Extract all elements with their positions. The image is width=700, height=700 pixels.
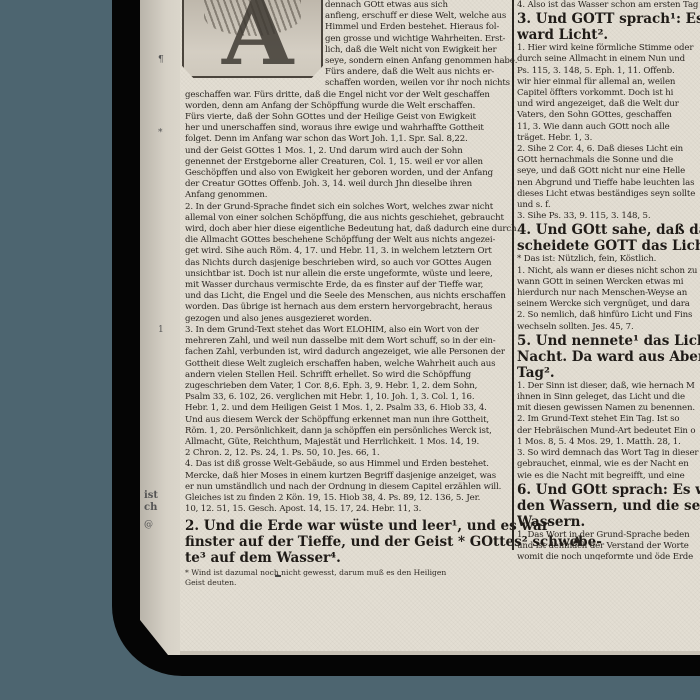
stray-mark [275, 575, 281, 577]
text-line: Fürs andere, daß die Welt aus nichts er- [325, 67, 510, 78]
text-line: unsichtbar ist. Doch ist nur allein die … [185, 269, 510, 280]
verse-line: ward Licht². [517, 27, 700, 43]
verse-line: den Wassern, und die sey ein [517, 498, 700, 514]
text-line: zugeschrieben dem Vater, 1 Cor. 8,6. Eph… [185, 381, 510, 392]
text-line: schaffen worden, weilen vor ihr noch nic… [325, 78, 510, 89]
text-line: 3. In dem Grund-Text stehet das Wort ELO… [185, 325, 510, 336]
text-line: Und aus diesem Werck der Schöpffung erke… [185, 415, 510, 426]
text-line: 2. In der Grund-Sprache findet sich ein … [185, 202, 510, 213]
text-line: 2. So nemlich, daß hinfüro Licht und Fin… [517, 310, 700, 321]
text-line: Anfang genommen. [185, 190, 510, 201]
text-line: und der Geist GOttes 1 Mos. 1, 2. Und da… [185, 146, 510, 157]
text-line: 2. Im Grund-Text stehet Ein Tag. Ist so [517, 414, 700, 425]
text-line: 11, 3. Wie dann auch GOtt noch alle [517, 122, 700, 133]
text-line: Ps. 115, 3. 148, 5. Eph. 1, 11. Offenb. [517, 66, 700, 77]
verse-line: 4. Und GOtt sahe, daß das [517, 222, 700, 238]
text-line: Fürs vierte, daß der Sohn GOttes und der… [185, 112, 510, 123]
right-column-text: 4. Also ist das Wasser schon am ersten T… [517, 0, 700, 560]
text-line: die Allmacht GOttes beschehene Schöpffun… [185, 235, 510, 246]
verse-2: 2. Und die Erde war wüste und leer¹, und… [185, 518, 510, 566]
text-line: Röm. 1, 20. Persönlichkeit, dann ja schö… [185, 426, 510, 437]
text-line: 10, 12. 51, 15. Gesch. Apost. 14, 15. 17… [185, 504, 510, 515]
text-line: mehreren Zahl, und weil nun dasselbe mit… [185, 336, 510, 347]
text-line: 4. Das ist diß grosse Welt-Gebäude, so a… [185, 459, 510, 470]
text-line: träget. Hebr. 1, 3. [517, 133, 700, 144]
text-line: Hebr. 1, 2. und dem Heiligen Geist 1 Mos… [185, 403, 510, 414]
text-line: Geschöpffen und also von Ewigkeit her ge… [185, 168, 510, 179]
text-line: gen grosse und wichtige Wahrheiten. Erst… [325, 34, 510, 45]
text-line: wann GOtt in seinen Wercken etwas mi [517, 277, 700, 288]
text-line: mit diesen gewissen Namen zu benennen. [517, 403, 700, 414]
side-mark: ch [144, 502, 157, 513]
text-line: wir hier einmal für allemal an, weilen [517, 77, 700, 88]
side-mark: @ [144, 520, 153, 530]
commentary-text: geschaffen war. Fürs dritte, daß die Eng… [185, 90, 510, 516]
text-line: 1. Das Wort in der Grund-Sprache beden [517, 530, 700, 541]
text-line: dennach GOtt etwas aus sich [325, 0, 510, 11]
side-mark: * [158, 128, 163, 138]
text-line: seinem Wercke sich vergnüget, und dara [517, 299, 700, 310]
text-line: get wird. Sihe auch Röm. 4, 17. und Hebr… [185, 246, 510, 257]
text-line: dieses Licht etwas beständiges seyn soll… [517, 189, 700, 200]
verse-line: te³ auf dem Wasser⁴. [185, 550, 510, 566]
text-line: Himmel und Erden bestehet. Hieraus fol- [325, 22, 510, 33]
text-line: und ist demnach der Verstand der Worte [517, 541, 700, 552]
verse-line: Tag². [517, 365, 700, 381]
text-line: das Nichts durch dasjenige beschrieben w… [185, 258, 510, 269]
text-line: nen Abgrund und Tieffe habe leuchten las [517, 178, 700, 189]
text-line: 3. Sihe Ps. 33, 9. 115, 3. 148, 5. [517, 211, 700, 222]
text-line: wie es die Nacht mit begreifft, und eine [517, 471, 700, 482]
text-line: Allmacht, Güte, Reichthum, Majestät und … [185, 437, 510, 448]
text-line: ihnen in Sinn geleget, das Licht und die [517, 392, 700, 403]
text-line: seye, und daß GOtt nicht nur eine Helle [517, 166, 700, 177]
text-line: und das Licht, die Engel und die Seele d… [185, 291, 510, 302]
text-line: andern vielen Stellen Heil. Schrifft erh… [185, 370, 510, 381]
text-line: 1. Hier wird keine förmliche Stimme oder [517, 43, 700, 54]
text-line: worden, denn am Anfang der Schöpffung wu… [185, 101, 510, 112]
signature-mark: A [572, 535, 582, 550]
right-text-column: 4. Also ist das Wasser schon am ersten T… [517, 0, 700, 560]
text-line: allemal von einer solchen Schöpffung, di… [185, 213, 510, 224]
text-line: Gleiches ist zu finden 2 Kön. 19, 15. Hi… [185, 493, 510, 504]
canvas-side-wrap: ¶ * 1 ist ch @ [140, 0, 184, 655]
text-line: und s. f. [517, 200, 700, 211]
text-line: 1. Nicht, als wann er dieses nicht schon… [517, 266, 700, 277]
text-line: und wird angezeiget, daß die Welt dur [517, 99, 700, 110]
text-line: GOtt hernachmals die Sonne und die [517, 155, 700, 166]
text-line: her und unerschaffen sind, woraus ihre e… [185, 123, 510, 134]
footnote-line: * Wind ist dazumal noch nicht gewesst, d… [185, 568, 510, 578]
text-line: 2. Sihe 2 Cor. 4, 6. Daß dieses Licht ei… [517, 144, 700, 155]
side-mark: ¶ [158, 55, 164, 65]
text-line: gebrauchet, einmal, wie es der Nacht en [517, 459, 700, 470]
text-line: der Hebräischen Mund-Art bedeutet Ein o [517, 426, 700, 437]
text-line: worden. Das übrige ist hernach aus dem e… [185, 302, 510, 313]
text-line: 1. Der Sinn ist dieser, daß, wie hernach… [517, 381, 700, 392]
text-line: folget. Denn im Anfang war schon das Wor… [185, 134, 510, 145]
text-line: geschaffen war. Fürs dritte, daß die Eng… [185, 90, 510, 101]
text-line: 1 Mos. 8, 5. 4 Mos. 29, 1. Matth. 28, 1. [517, 437, 700, 448]
side-mark: 1 [158, 325, 164, 335]
text-line: mit Wasser durchaus vermischte Erde, da … [185, 280, 510, 291]
text-line: lich, daß die Welt nicht von Ewigkeit he… [325, 45, 510, 56]
canvas-face: A dennach GOtt etwas aus sichanfieng, er… [180, 0, 700, 655]
verse-line: 3. Und GOTT sprach¹: Es [517, 11, 700, 27]
text-line: wird, doch aber hier diese eigentliche B… [185, 224, 510, 235]
left-text-column: dennach GOtt etwas aus sichanfieng, ersc… [185, 0, 510, 588]
text-line: gezogen und also jenes ausgezieret worde… [185, 314, 510, 325]
text-line: 4. Also ist das Wasser schon am ersten T… [517, 0, 700, 11]
verse-line: scheidete GOTT das Licht von [517, 238, 700, 254]
text-line: womit die noch ungeformte und öde Erde [517, 552, 700, 560]
verse-line: 6. Und GOtt sprach: Es w [517, 482, 700, 498]
text-line: 2 Chron. 2, 12. Ps. 24, 1. Ps. 50, 10. J… [185, 448, 510, 459]
intro-text: dennach GOtt etwas aus sichanfieng, ersc… [185, 0, 510, 90]
text-line: hierdurch nur nach Menschen-Weyse an [517, 288, 700, 299]
text-line: * Das ist: Nützlich, fein, Köstlich. [517, 254, 700, 265]
text-line: 3. So wird demnach das Wort Tag in diese… [517, 448, 700, 459]
text-line: genennet der Erstgeborne aller Creaturen… [185, 157, 510, 168]
text-line: Capitel öffters vorkommt. Doch ist hi [517, 88, 700, 99]
text-line: anfieng, erschuff er diese Welt, welche … [325, 11, 510, 22]
side-mark: ist [144, 490, 158, 501]
text-line: Vaters, den Sohn GOttes, geschaffen [517, 110, 700, 121]
verse-line: Wassern. [517, 514, 700, 530]
text-line: Gottheit diese Welt zugleich erschaffen … [185, 359, 510, 370]
text-line: der Creatur GOttes Offenb. Joh. 3, 14. w… [185, 179, 510, 190]
text-line: durch seine Allmacht in einem Nun und [517, 54, 700, 65]
footnote-line: Geist deuten. [185, 578, 510, 588]
verse-line: 5. Und nennete¹ das Licht [517, 333, 700, 349]
column-divider [512, 0, 514, 550]
text-line: wechseln sollten. Jes. 45, 7. [517, 322, 700, 333]
text-line: seye, sondern einen Anfang genommen habe… [325, 56, 510, 67]
text-line: Psalm 33, 6. 102, 26. verglichen mit Heb… [185, 392, 510, 403]
text-line: er nun umständlich und nach der Ordnung … [185, 482, 510, 493]
verse-line: Nacht. Da ward aus Abend [517, 349, 700, 365]
text-line: Mercke, daß hier Moses in einem kurtzen … [185, 471, 510, 482]
verse-line: 2. Und die Erde war wüste und leer¹, und… [185, 518, 510, 534]
footnote: * Wind ist dazumal noch nicht gewesst, d… [185, 568, 510, 588]
text-line: fachen Zahl, verbunden ist, wird dadurch… [185, 347, 510, 358]
verse-line: finster auf der Tieffe, und der Geist * … [185, 534, 510, 550]
